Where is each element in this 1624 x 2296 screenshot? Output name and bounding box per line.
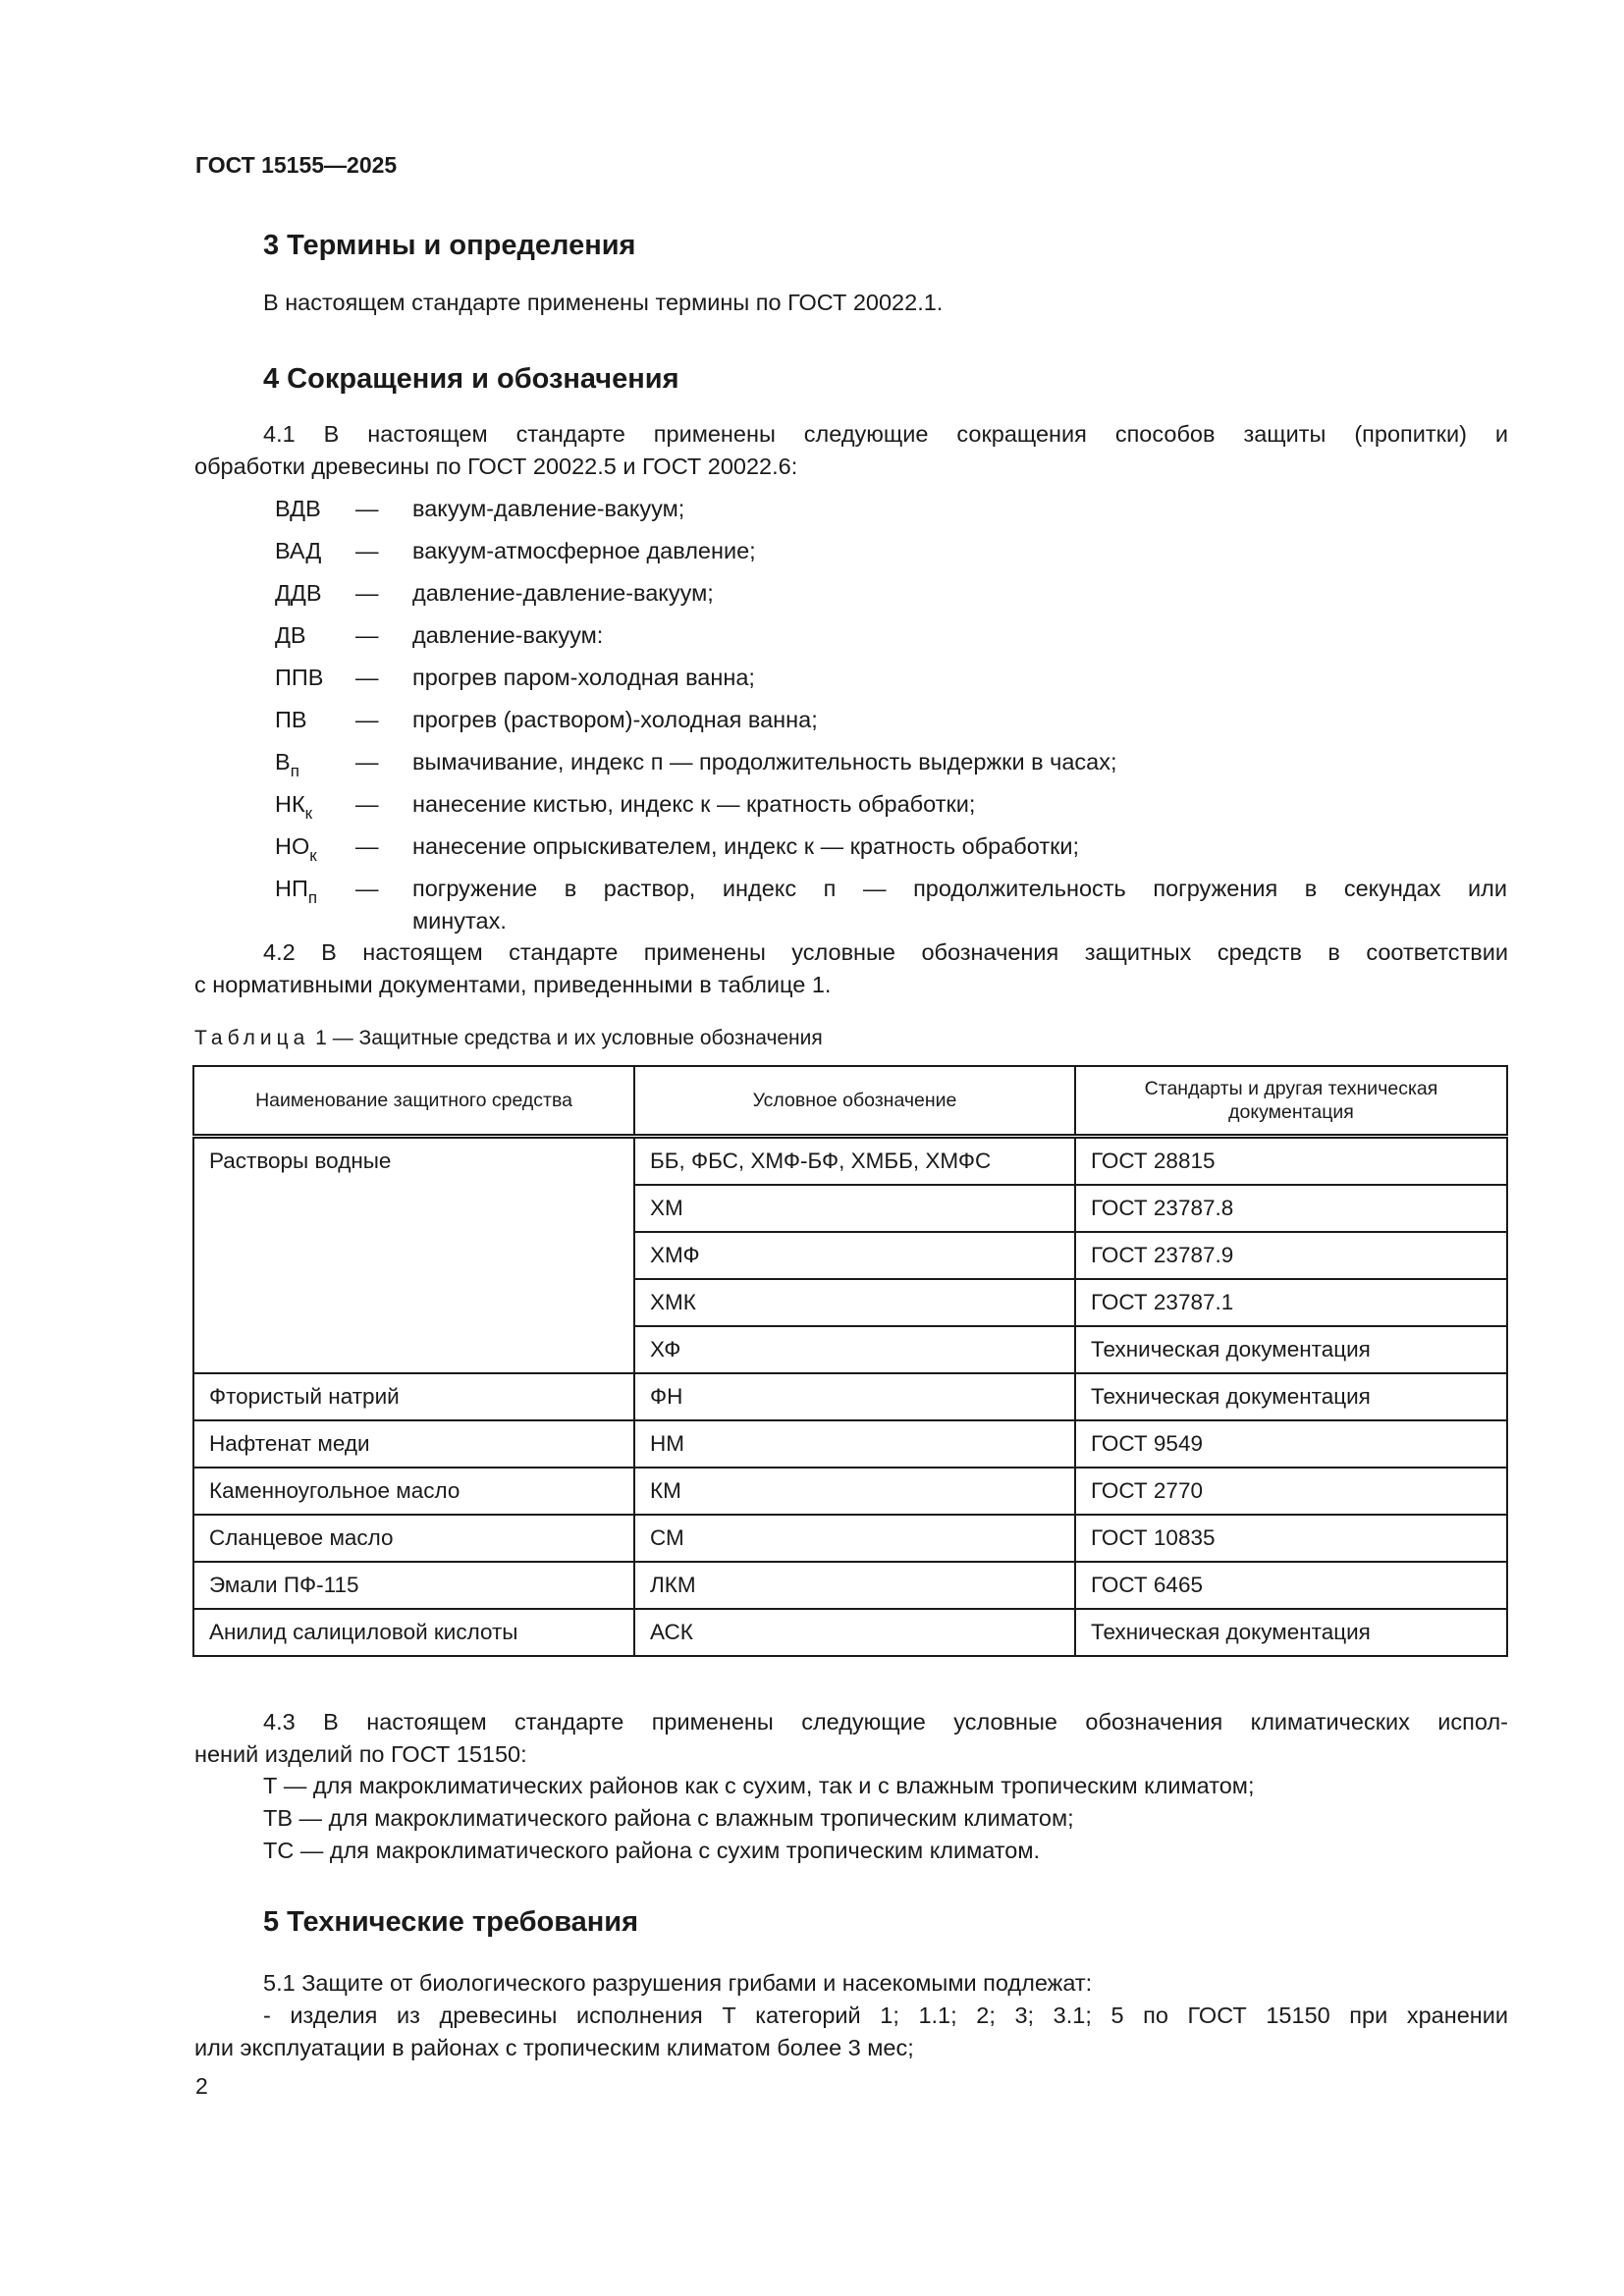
header-cell: Условное обозначение — [634, 1066, 1075, 1137]
standard-cell: ГОСТ 10835 — [1075, 1515, 1507, 1562]
abbreviation-code: НОк — [275, 831, 353, 861]
standard-cell: ГОСТ 28815 — [1075, 1137, 1507, 1186]
abbreviation-description: вакуум-атмосферное давление; — [412, 536, 1507, 565]
table-header-row: Наименование защитного средства Условное… — [193, 1066, 1507, 1137]
abbreviation-dash: — — [355, 789, 379, 819]
abbreviation-dash: — — [355, 536, 379, 565]
table-row: Фтористый натрийФНТехническая документац… — [193, 1373, 1507, 1420]
agent-name-cell: Анилид салициловой кислоты — [193, 1609, 634, 1656]
para-4-3-line-2: нений изделий по ГОСТ 15150: — [194, 1738, 1508, 1771]
designation-cell: НМ — [634, 1420, 1075, 1468]
designation-cell: ФН — [634, 1373, 1075, 1420]
standard-cell: ГОСТ 6465 — [1075, 1562, 1507, 1609]
abbreviation-code: ДДВ — [275, 578, 353, 608]
para-5-1: 5.1 Защите от биологического разрушения … — [263, 1967, 1092, 2000]
table-row: Растворы водныеББ, ФБС, ХМФ-БФ, ХМББ, ХМ… — [193, 1137, 1507, 1186]
header-cell-text: Стандарты и другая техническая документа… — [1145, 1078, 1438, 1123]
abbreviation-description: нанесение кистью, индекс к — кратность о… — [412, 789, 1507, 819]
abbreviation-index: п — [291, 762, 299, 780]
agent-name-cell: Фтористый натрий — [193, 1373, 634, 1420]
table-row: Сланцевое маслоСМГОСТ 10835 — [193, 1515, 1507, 1562]
designation-cell: ХМФ — [634, 1232, 1075, 1279]
abbreviation-dash: — — [355, 620, 379, 650]
table-1-caption: Таблица 1 — Защитные средства и их услов… — [194, 1027, 823, 1050]
list-item-line-2: или эксплуатации в районах с тропическим… — [194, 2032, 1508, 2064]
section-3-heading: 3 Термины и определения — [263, 230, 635, 262]
agent-name-cell: Каменноугольное масло — [193, 1468, 634, 1515]
standard-cell: Техническая документация — [1075, 1609, 1507, 1656]
section-3-text: В настоящем стандарте применены термины … — [263, 287, 943, 319]
standard-cell: ГОСТ 23787.1 — [1075, 1279, 1507, 1326]
para-4-3-line-1: 4.3 В настоящем стандарте применены след… — [194, 1706, 1508, 1738]
abbreviation-description: давление-вакуум: — [412, 620, 1507, 650]
page-number: 2 — [195, 2073, 208, 2100]
list-item-line-1: - изделия из древесины исполнения Т кате… — [194, 2000, 1508, 2032]
table-row: Анилид салициловой кислотыАСКТехническая… — [193, 1609, 1507, 1656]
caption-title: 1 — Защитные средства и их условные обоз… — [309, 1027, 822, 1049]
table-1: Наименование защитного средства Условное… — [192, 1065, 1508, 1657]
agent-name-cell: Сланцевое масло — [193, 1515, 634, 1562]
standard-cell: Техническая документация — [1075, 1373, 1507, 1420]
abbreviation-code: ППВ — [275, 663, 353, 692]
designation-cell: АСК — [634, 1609, 1075, 1656]
standard-cell: Техническая документация — [1075, 1326, 1507, 1373]
standard-cell: ГОСТ 2770 — [1075, 1468, 1507, 1515]
para-4-2-line-2: с нормативными документами, приведенными… — [194, 969, 1508, 1001]
abbreviation-description: вымачивание, индекс п — продолжительност… — [412, 747, 1507, 776]
designation-cell: КМ — [634, 1468, 1075, 1515]
abbreviation-description: вакуум-давление-вакуум; — [412, 494, 1507, 523]
abbreviation-dash: — — [355, 705, 379, 734]
table-row: Эмали ПФ-115ЛКМГОСТ 6465 — [193, 1562, 1507, 1609]
abbreviation-code: НПп — [275, 874, 353, 903]
running-head: ГОСТ 15155—2025 — [195, 152, 397, 179]
abbreviation-dash: — — [355, 874, 379, 903]
standard-cell: ГОСТ 23787.8 — [1075, 1185, 1507, 1232]
standard-cell: ГОСТ 23787.9 — [1075, 1232, 1507, 1279]
para-4-1-line-1: 4.1 В настоящем стандарте применены след… — [194, 418, 1508, 451]
designation-cell: ХМК — [634, 1279, 1075, 1326]
abbreviation-index: к — [309, 846, 316, 865]
abbreviation-dash: — — [355, 747, 379, 776]
agent-name-cell: Нафтенат меди — [193, 1420, 634, 1468]
para-4-2-line-1: 4.2 В настоящем стандарте применены усло… — [194, 936, 1508, 969]
abbreviation-description: прогрев (раствором)-холодная ванна; — [412, 705, 1507, 734]
abbreviation-description: прогрев паром-холодная ванна; — [412, 663, 1507, 692]
header-cell: Наименование защитного средства — [193, 1066, 634, 1137]
section-5-heading: 5 Технические требования — [263, 1906, 638, 1939]
designation-cell: ББ, ФБС, ХМФ-БФ, ХМББ, ХМФС — [634, 1137, 1075, 1186]
standard-cell: ГОСТ 9549 — [1075, 1420, 1507, 1468]
climate-item: ТВ — для макроклиматического района с вл… — [263, 1802, 1074, 1835]
abbreviation-description: нанесение опрыскивателем, индекс к — кра… — [412, 831, 1507, 861]
abbreviation-description: погружение в раствор, индекс п — продолж… — [412, 874, 1507, 935]
caption-prefix: Таблица — [194, 1027, 309, 1049]
para-4-1-line-2: обработки древесины по ГОСТ 20022.5 и ГО… — [194, 451, 1508, 483]
header-cell: Стандарты и другая техническая документа… — [1075, 1066, 1507, 1137]
abbreviation-description: давление-давление-вакуум; — [412, 578, 1507, 608]
table-row: Нафтенат медиНМГОСТ 9549 — [193, 1420, 1507, 1468]
abbreviation-dash: — — [355, 494, 379, 523]
abbreviation-code: НКк — [275, 789, 353, 819]
abbreviation-dash: — — [355, 663, 379, 692]
table-row: Каменноугольное маслоКМГОСТ 2770 — [193, 1468, 1507, 1515]
designation-cell: ХФ — [634, 1326, 1075, 1373]
abbreviation-code: Вп — [275, 747, 353, 776]
abbreviation-code: ВАД — [275, 536, 353, 565]
section-4-heading: 4 Сокращения и обозначения — [263, 363, 679, 396]
abbreviation-code: ПВ — [275, 705, 353, 734]
abbreviation-index: п — [308, 888, 317, 907]
abbreviation-code: ДВ — [275, 620, 353, 650]
abbreviation-dash: — — [355, 831, 379, 861]
designation-cell: СМ — [634, 1515, 1075, 1562]
agent-name-cell: Растворы водные — [193, 1137, 634, 1374]
climate-item: ТС — для макроклиматического района с су… — [263, 1835, 1040, 1867]
climate-item: Т — для макроклиматических районов как с… — [263, 1770, 1255, 1802]
designation-cell: ХМ — [634, 1185, 1075, 1232]
abbreviation-index: к — [305, 804, 312, 823]
designation-cell: ЛКМ — [634, 1562, 1075, 1609]
abbreviation-code: ВДВ — [275, 494, 353, 523]
abbreviation-dash: — — [355, 578, 379, 608]
agent-name-cell: Эмали ПФ-115 — [193, 1562, 634, 1609]
